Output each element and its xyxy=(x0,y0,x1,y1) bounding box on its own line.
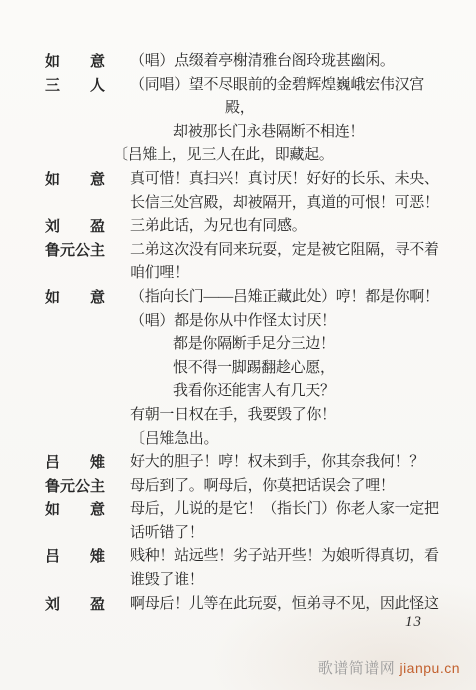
line-text: 都是你隔断手足分三边！ xyxy=(173,336,335,352)
speaker-name: 如 意 xyxy=(45,286,130,310)
watermark-site-link[interactable]: jianpu.cn xyxy=(399,660,460,676)
line-text: （唱）点缀着亭榭清雅台阁玲珑甚幽闲。 xyxy=(130,53,395,69)
script-line: 却被那长门永巷隔断不相连！ xyxy=(173,121,451,145)
script-line: 恨不得一脚踢翻趁心愿， xyxy=(173,357,451,381)
line-text: 二弟这次没有同来玩耍，定是被它阻隔，寻不着 xyxy=(130,242,439,258)
line-text: 有朝一日权在手，我要毁了你！ xyxy=(130,407,336,423)
script-line: 如 意（唱）点缀着亭榭清雅台阁玲珑甚幽闲。 xyxy=(45,50,451,74)
speaker-name: 刘 盈 xyxy=(45,593,130,617)
speaker-name: 吕 雉 xyxy=(45,545,130,569)
speaker-name: 三 人 xyxy=(45,74,130,98)
line-text: （唱）都是你从中作怪太讨厌！ xyxy=(130,313,336,329)
script-line: 〔吕雉急出。 xyxy=(130,428,451,452)
script-line: 鲁元公主母后到了。啊母后，你莫把话误会了哩！ xyxy=(45,475,451,499)
line-text: 我看你还能害人有几天？ xyxy=(173,383,335,399)
line-text: 〔吕雉急出。 xyxy=(130,431,218,447)
line-text: 谁毁了谁！ xyxy=(130,572,204,588)
line-text: 却被那长门永巷隔断不相连！ xyxy=(173,124,364,140)
script-line: （唱）都是你从中作怪太讨厌！ xyxy=(130,310,451,334)
line-text: （同唱）望不尽眼前的金碧辉煌巍峨宏伟汉宫 xyxy=(130,77,424,93)
line-text: （指向长门——吕雉正藏此处）哼！都是你啊！ xyxy=(130,289,439,305)
scanned-script-page: 如 意（唱）点缀着亭榭清雅台阁玲珑甚幽闲。三 人（同唱）望不尽眼前的金碧辉煌巍峨… xyxy=(0,0,476,690)
script-line: 殿， xyxy=(225,97,451,121)
script-line: 刘 盈啊母后！儿等在此玩耍，恒弟寻不见，因此怪这 xyxy=(45,593,451,617)
speaker-name: 刘 盈 xyxy=(45,215,130,239)
script-line: 话听错了！ xyxy=(130,522,451,546)
speaker-name: 鲁元公主 xyxy=(45,475,130,499)
speaker-name: 吕 雉 xyxy=(45,451,130,475)
script-line: 刘 盈三弟此话，为兄也有同感。 xyxy=(45,215,451,239)
speaker-name: 如 意 xyxy=(45,168,130,192)
line-text: 〔吕雉上，见三人在此，即藏起。 xyxy=(113,147,334,163)
script-line: 咱们哩！ xyxy=(130,262,451,286)
speaker-name: 如 意 xyxy=(45,50,130,74)
line-text: 咱们哩！ xyxy=(130,265,189,281)
page-number: 13 xyxy=(405,614,422,631)
script-line: 长信三处宫殿，却被隔开，真道的可恨！可恶！ xyxy=(130,192,451,216)
watermark: 歌谱简谱网 jianpu.cn xyxy=(318,657,460,678)
script-line: 都是你隔断手足分三边！ xyxy=(173,333,451,357)
script-line: 如 意真可惜！真扫兴！真讨厌！好好的长乐、未央、 xyxy=(45,168,451,192)
line-text: 殿， xyxy=(225,100,254,116)
line-text: 三弟此话，为兄也有同感。 xyxy=(130,218,306,234)
line-text: 母后，儿说的是它！（指长门）你老人家一定把 xyxy=(130,501,439,517)
watermark-site-name: 歌谱简谱网 xyxy=(318,661,396,677)
script-line: 鲁元公主二弟这次没有同来玩耍，定是被它阻隔，寻不着 xyxy=(45,239,451,263)
script-line: 吕 雉贱种！站远些！劣子站开些！为娘听得真切，看 xyxy=(45,545,451,569)
line-text: 真可惜！真扫兴！真讨厌！好好的长乐、未央、 xyxy=(130,171,439,187)
line-text: 长信三处宫殿，却被隔开，真道的可恨！可恶！ xyxy=(130,195,439,211)
script-text-block: 如 意（唱）点缀着亭榭清雅台阁玲珑甚幽闲。三 人（同唱）望不尽眼前的金碧辉煌巍峨… xyxy=(45,50,451,616)
script-line: 三 人（同唱）望不尽眼前的金碧辉煌巍峨宏伟汉宫 xyxy=(45,74,451,98)
line-text: 话听错了！ xyxy=(130,525,204,541)
line-text: 好大的胆子！哼！权未到手，你其奈我何！？ xyxy=(130,454,424,470)
speaker-name: 鲁元公主 xyxy=(45,239,130,263)
line-text: 啊母后！儿等在此玩耍，恒弟寻不见，因此怪这 xyxy=(130,596,439,612)
script-line: 如 意（指向长门——吕雉正藏此处）哼！都是你啊！ xyxy=(45,286,451,310)
script-line: 如 意母后，儿说的是它！（指长门）你老人家一定把 xyxy=(45,498,451,522)
script-line: 谁毁了谁！ xyxy=(130,569,451,593)
speaker-name: 如 意 xyxy=(45,498,130,522)
script-line: 吕 雉好大的胆子！哼！权未到手，你其奈我何！？ xyxy=(45,451,451,475)
line-text: 恨不得一脚踢翻趁心愿， xyxy=(173,360,335,376)
line-text: 母后到了。啊母后，你莫把话误会了哩！ xyxy=(130,478,395,494)
script-line: 有朝一日权在手，我要毁了你！ xyxy=(130,404,451,428)
script-line: 〔吕雉上，见三人在此，即藏起。 xyxy=(113,144,451,168)
line-text: 贱种！站远些！劣子站开些！为娘听得真切，看 xyxy=(130,548,439,564)
script-line: 我看你还能害人有几天？ xyxy=(173,380,451,404)
